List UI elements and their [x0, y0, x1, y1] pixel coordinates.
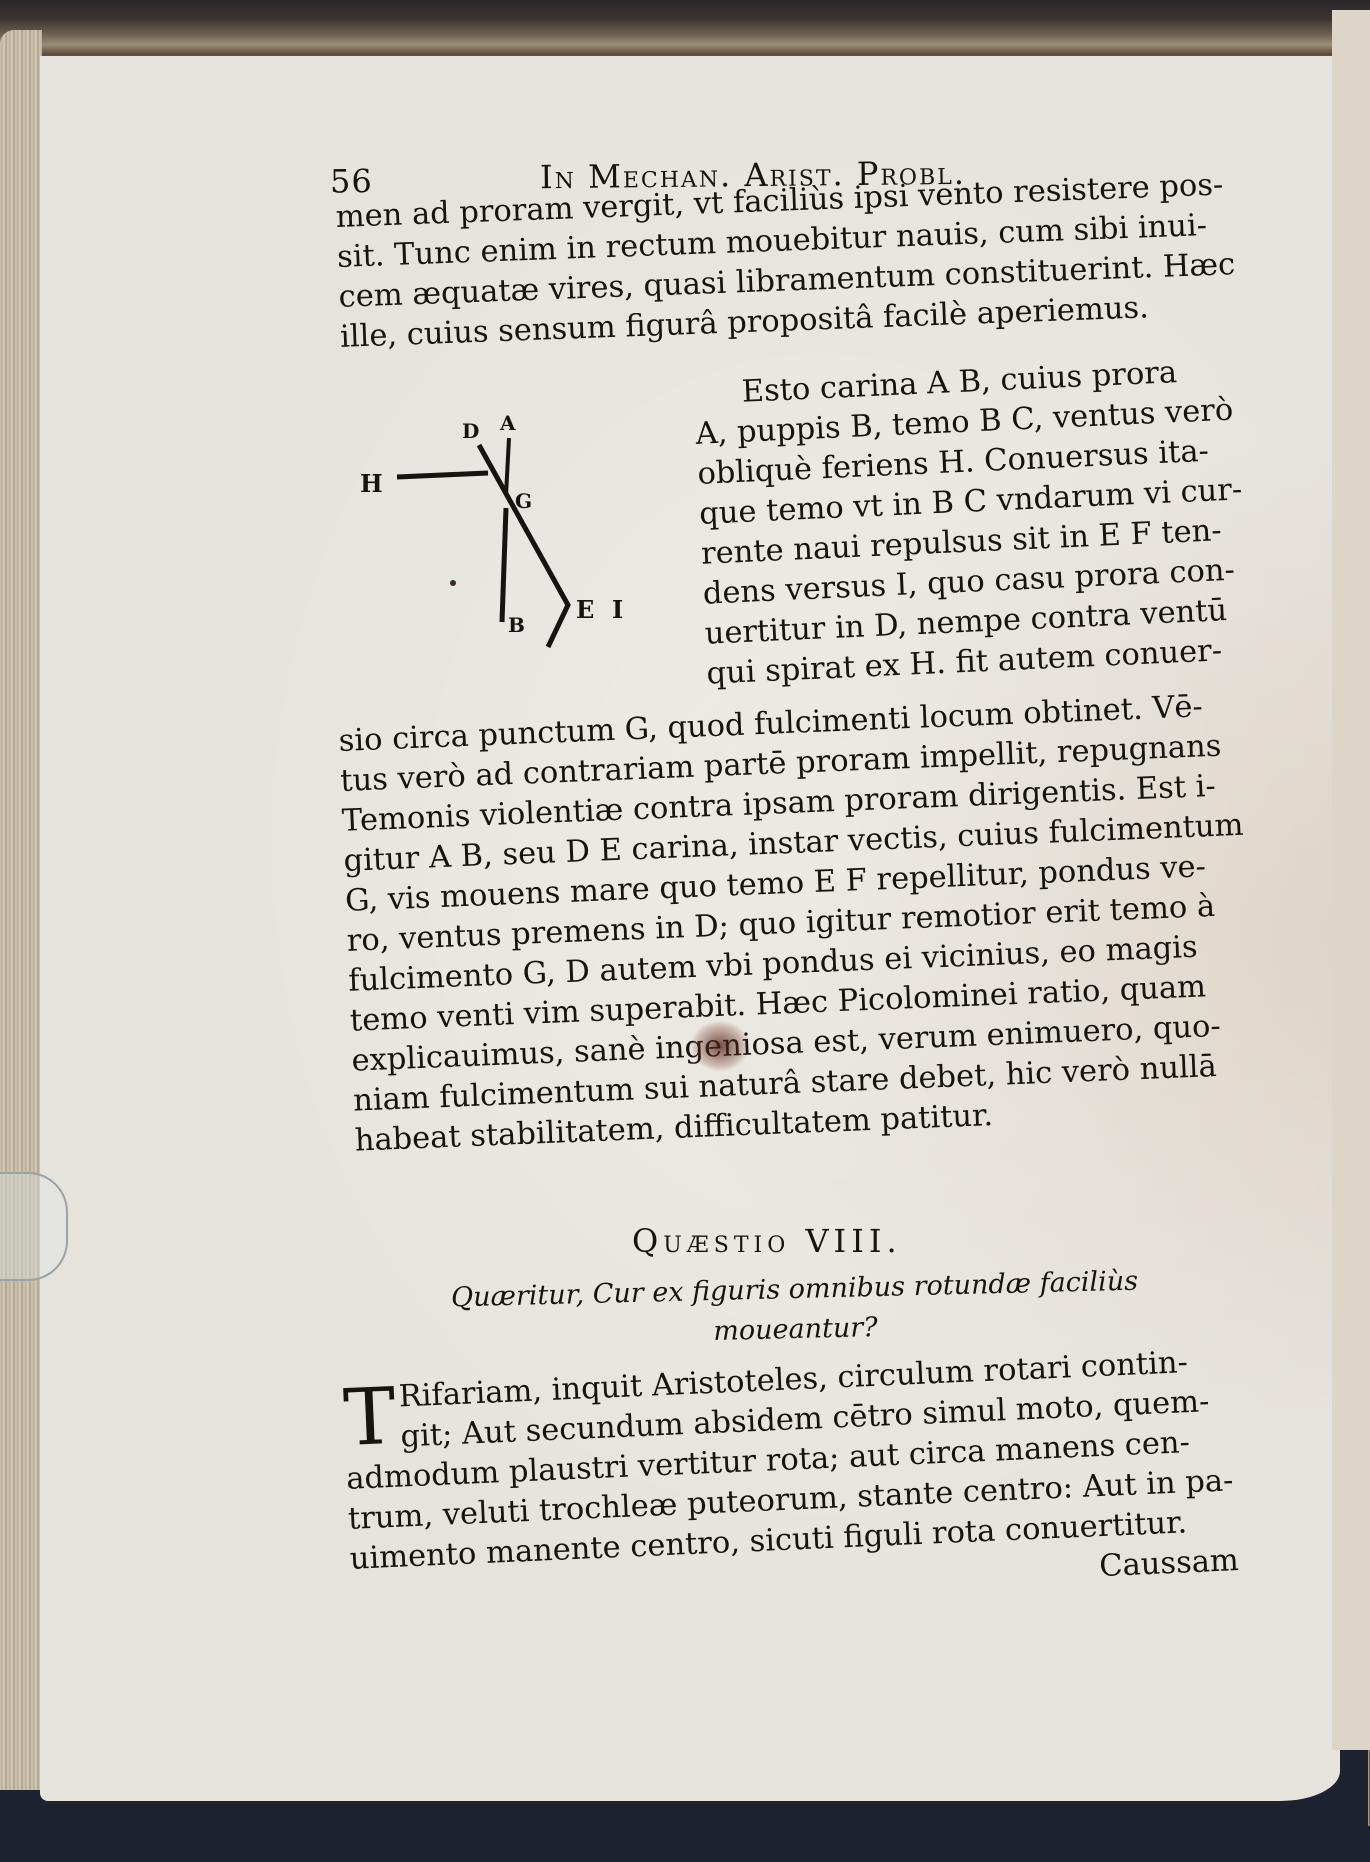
section-subtitle: Quæritur, Cur ex figuris omnibus rotundæ… — [444, 1261, 1146, 1358]
paragraph-conuersio: sio circa punctum G, quod fulcimenti loc… — [338, 686, 1255, 1162]
ink-stain — [690, 1020, 750, 1072]
book-top-edge — [0, 0, 1370, 62]
label-g: G — [515, 489, 532, 513]
paragraph-continuation: men ad proram vergit, vt faciliùs ipsi v… — [335, 165, 1240, 358]
section-heading: Quæstio VIII. — [632, 1222, 902, 1260]
label-d: D — [462, 419, 479, 443]
page-stack-edge — [0, 30, 42, 1790]
label-b: B — [508, 613, 525, 637]
facing-page-edge — [1332, 10, 1370, 1750]
paragraph-trifariam: T Rifariam, inquit Aristoteles, circulum… — [342, 1341, 1252, 1620]
label-h: H — [360, 469, 383, 498]
page-number: 56 — [330, 162, 373, 200]
label-i: I — [612, 595, 623, 624]
page-clip — [0, 1172, 68, 1281]
paragraph-esto-carina: Esto carina A B, cuius prora A, puppis B… — [693, 350, 1252, 694]
ship-keel-diagram: H D A G B E I — [350, 400, 650, 660]
label-a: A — [499, 411, 516, 435]
drop-cap: T — [342, 1382, 397, 1454]
label-e: E — [576, 595, 594, 624]
